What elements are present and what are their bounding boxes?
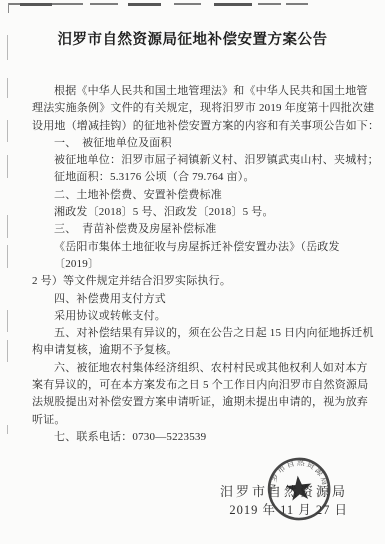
seal-star-icon: [285, 474, 313, 501]
body-line: 《岳阳市集体土地征收与房屋拆迁补偿安置办法》（岳政发: [32, 239, 359, 256]
notice-body: 根据《中华人民共和国土地管理法》和《中华人民共和国土地管 理法实施条例》文件的有…: [32, 83, 359, 446]
notice-title: 汨罗市自然资源局征地补偿安置方案公告: [0, 28, 385, 49]
body-line: 设用地（增减挂钩）的征地补偿安置方案的内容和有关事项公告如下：: [32, 118, 359, 135]
body-line: 案有异议的，可在本方案发布之日 5 个工作日内向汨罗市自然资源局: [32, 377, 359, 394]
body-line-section-7-contact: 七、联系电话：0730—5223539: [32, 429, 359, 446]
body-line-section-2: 二、土地补偿费、安置补偿费标准: [32, 187, 359, 204]
body-line: 2 号）等文件规定并结合汨罗实际执行。: [32, 273, 359, 290]
body-line: 构申请复核，逾期不予复核。: [32, 342, 359, 359]
scan-artifact-top: [20, 3, 52, 6]
scan-artifact-left: [7, 78, 8, 98]
scan-artifact-left: [7, 155, 8, 178]
scan-artifact-left: [7, 310, 8, 332]
scan-artifact-left: [7, 245, 8, 268]
scan-artifact-left: [7, 215, 8, 238]
scanned-notice-page: 汨罗市自然资源局征地补偿安置方案公告 根据《中华人民共和国土地管理法》和《中华人…: [0, 0, 385, 544]
body-line: 理法实施条例》文件的有关规定，现将汨罗市 2019 年度第十四批次建: [32, 100, 359, 117]
scan-artifact-left: [7, 425, 8, 434]
body-line-section-6: 六、被征地农村集体经济组织、农村村民或其他权利人如对本方: [32, 360, 359, 377]
scan-artifact-top: [128, 3, 161, 6]
official-seal-graphic: 汨罗市自然资源局: [263, 452, 336, 525]
body-line: 征地面积：5.3176 公顷（合 79.764 亩）。: [32, 169, 359, 186]
body-line-section-3: 三、 青苗补偿费及房屋补偿标准: [32, 221, 359, 238]
scan-artifact-corner: [8, 3, 9, 13]
body-line: 湘政发〔2018〕5 号、汨政发〔2018〕5 号。: [32, 204, 359, 221]
body-line: 被征地单位：汨罗市屈子祠镇新义村、汨罗镇武夷山村、夹城村；: [32, 152, 359, 169]
body-line: 采用协议或转帐支付。: [32, 308, 359, 325]
body-line-section-4: 四、补偿费用支付方式: [32, 291, 359, 308]
scan-artifact-top: [174, 3, 201, 5]
scan-artifact-left: [7, 120, 8, 142]
body-line: 听证。: [32, 412, 359, 429]
scan-artifact-left: [7, 340, 8, 362]
scan-artifact-top: [90, 3, 118, 5]
official-seal: 汨罗市自然资源局: [263, 452, 336, 525]
scan-artifact-top: [286, 3, 308, 5]
scan-artifact-top: [214, 3, 252, 6]
body-line-section-5: 五、对补偿结果有异议的，须在公告之日起 15 日内向征地拆迁机: [32, 325, 359, 342]
scan-artifact-top: [258, 3, 281, 5]
body-line-section-1: 一、 被征地单位及面积: [32, 135, 359, 152]
body-line: 〔2019〕: [32, 256, 359, 273]
body-line: 根据《中华人民共和国土地管理法》和《中华人民共和国土地管: [32, 83, 359, 100]
body-line: 法规股提出对补偿安置方案申请听证，逾期未提出申请的，视为放弃: [32, 394, 359, 411]
